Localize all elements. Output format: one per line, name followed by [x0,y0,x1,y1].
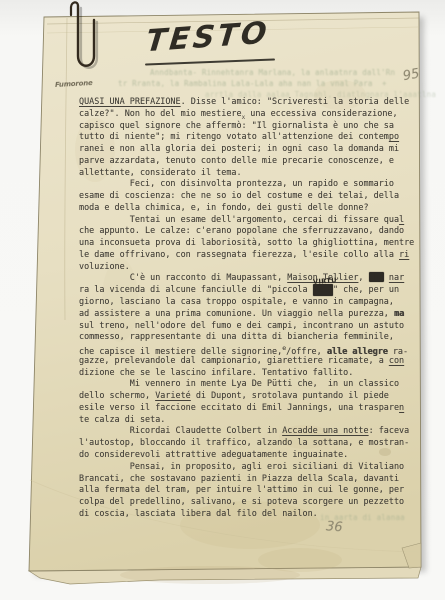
text-line: gazze, prelevandole dal campionario, gia… [79,355,427,367]
text-line: ad assistere a una prima comunione. Un v… [79,308,427,320]
text-line: tutto di niente"; mi ritengo votato all'… [79,131,427,143]
text-line: giorno, lasciano la casa troppo ospitale… [79,296,427,308]
text-line: calze?". Non ho del mio mestierex una ec… [79,108,427,120]
text-line: Feci, con disinvolta prontezza, un rapid… [79,178,427,190]
scanned-typescript-page: Anndbanta- Rinnehtanra Marlana, la anlaa… [0,0,445,600]
text-line: QUASI UNA PREFAZIONE. Disse l'amico: "Sc… [79,96,427,108]
text-line: allettante, considerato il tema. [79,167,427,179]
text-line: una inconsueta prova di laboriosità, sot… [79,237,427,249]
text-line: esile verso il faccione eccitato di Emil… [79,402,427,414]
text-line: che capisce il mestiere delle signorine,… [79,343,427,355]
pencil-bottom-number: 36 [325,519,343,535]
text-line: te calza di seta. [79,414,427,426]
bleedthrough-text-2: tr Rranta, la Rambalina Lala-Lala aha na… [118,79,387,88]
text-line: le dame offrivano, con rassegnata fierez… [79,249,427,261]
typed-text: QUASI UNA PREFAZIONE. Disse l'amico: "Sc… [79,96,427,520]
bleedthrough-text-1: Anndbanta- Rinnehtanra Marlana, la anlaa… [150,68,395,77]
text-line: l'autostop, bloccando il traffico, alzan… [79,437,427,449]
text-line: parve azzardata, tenuto conto delle mie … [79,155,427,167]
text-line: che appunto. Le calze: c'erano popolane … [79,225,427,237]
pencil-page-number: 95 [402,67,421,85]
text-line: commesso, rappresentante di una ditta di… [79,331,427,343]
text-line: ranei e non alla gloria dei posteri; in … [79,143,427,155]
text-line: capisco quel signore che affermò: "Il gi… [79,120,427,132]
text-line: dizione che se le lascino infilare. Tent… [79,367,427,379]
text-line: Pensai, in proposito, agli eroi sicilian… [79,461,427,473]
text-line: ra la vicenda di alcune fanciulle di "pi… [79,284,427,296]
text-line: moda e della chimica, e, in fondo, dei g… [79,202,427,214]
text-line: voluzione. [79,261,427,273]
text-line: sul treno, nell'odore del fumo e dei cam… [79,320,427,332]
text-line: do considerevoli attrattive adeguatament… [79,449,427,461]
text-line: Ricordai Claudette Colbert in Accadde un… [79,425,427,437]
text-line: C'è un racconto di Maupassant, Maison Te… [79,272,427,284]
text-line: dello schermo, Varieté di Dupont, srotol… [79,390,427,402]
text-line: alla fermata del tram, per intuire l'att… [79,484,427,496]
text-line: colpa del predellino, salivano, e si pot… [79,496,427,508]
text-line: Mi vennero in mente Lya De Pütti che, in… [79,378,427,390]
text-line: Tentai un esame dell'argomento, cercai d… [79,214,427,226]
text-line: di coscia, lasciata libera dal filo del … [79,508,427,520]
text-line: esame di coscienza: che ne so io del cos… [79,190,427,202]
text-line: Brancati, che sostavano pazienti in Piaz… [79,473,427,485]
